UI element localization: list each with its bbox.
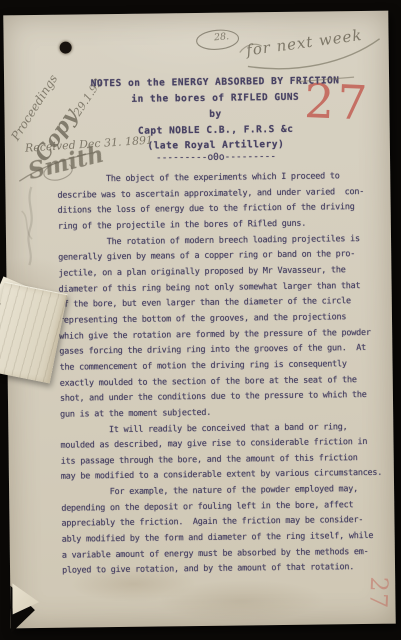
red-page-number-bottom: 27 (364, 576, 393, 610)
annotation-next-week: for next week (245, 22, 396, 60)
attached-paper-slip (0, 282, 67, 384)
typed-body-text: The object of the experiments which I pr… (57, 169, 387, 580)
typed-line: ployed to give rotation, and by the amou… (62, 560, 387, 580)
document-page: Proceedings Copy 29.1.92 28. for next we… (3, 11, 395, 629)
circled-folio-number: 28. (201, 30, 242, 44)
